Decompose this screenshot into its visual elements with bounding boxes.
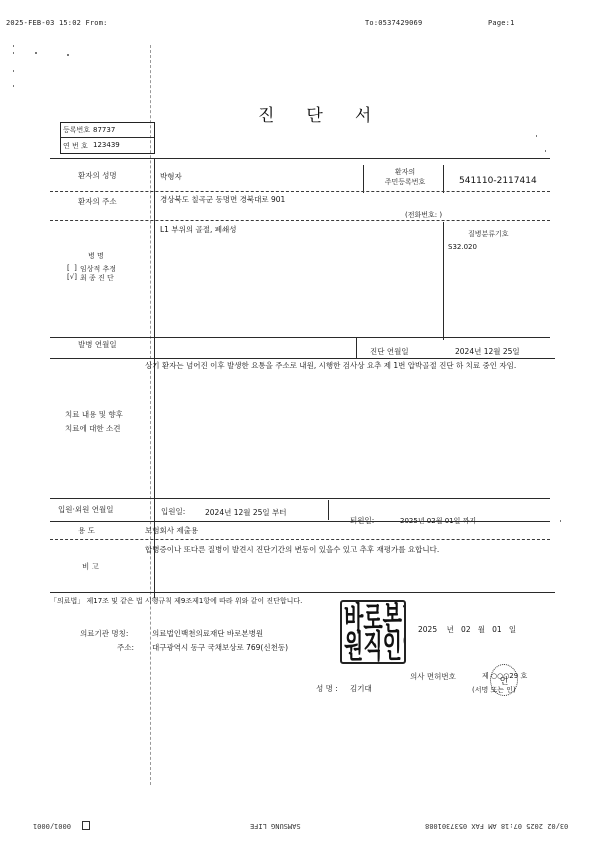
fax-page-icon [82,821,90,830]
rrn-divider-left [363,165,364,193]
stamp-char: 인 [383,624,402,664]
patient-name-label: 환자의 성명 [78,170,117,181]
scan-noise [13,52,14,54]
purpose-value: 보험회사 제출용 [145,525,198,536]
treatment-label-line2: 치료에 대한 소견 [65,423,120,434]
row-divider [50,539,550,540]
fax-header-page: Page:1 [488,19,515,27]
row-divider [50,592,555,593]
license-label: 의사 면허번호 [410,671,456,682]
admission-date: 2024년 12월 25일 부터 [205,507,287,518]
seal-text: 인 [500,674,509,687]
row-divider [50,337,550,338]
patient-address-value: 경상북도 칠곡군 동명면 경북대로 901 [160,194,285,205]
diagnosis-date-value: 2024년 12월 25일 [455,346,520,357]
row-divider [50,191,550,192]
row-divider [50,498,550,499]
rrn-label-line1: 환자의 [380,167,430,177]
registration-divider [60,137,154,138]
issue-month: 02 [461,625,471,634]
stamp-char: 인 [402,624,406,664]
fold-line [150,45,151,785]
check-mark-icon: √ [70,273,74,281]
legal-statement: 「의료법」 제17조 및 같은 법 시행규칙 제9조제1항에 따라 위와 같이 … [50,596,302,606]
institution-address-label: 주소: [117,642,134,653]
diagnosis-date-label: 진단 연월일 [370,346,409,357]
reg-no-value: 87737 [93,126,115,134]
provisional-checkbox[interactable]: [ ] [67,264,77,272]
patient-address-label: 환자의 주소 [78,196,117,207]
fax-footer-sender: SAMSUNG LIFE [250,822,301,830]
date-divider [356,337,357,359]
row-divider [50,220,550,221]
fax-header-datetime: 2025-FEB-03 15:02 From: [6,19,108,27]
fax-header-to: To:0537429069 [365,19,422,27]
admission-label: 입원일: [161,506,185,517]
rrn-label-line2: 주민등록번호 [370,177,440,187]
serial-no-label: 연 번 호 [63,141,88,151]
rrn-divider-right [443,165,444,193]
row-divider [50,158,550,159]
hospitalization-divider [328,500,329,520]
scan-noise [560,520,561,522]
remarks-value: 합병증이나 또다른 질병이 발견시 진단기간의 변동이 있을수 있고 추후 재평… [145,545,565,555]
code-column-divider [443,222,444,340]
row-divider [50,521,550,522]
issue-year: 2025 [418,625,437,634]
patient-phone: (전화번호: ) [405,210,442,220]
scan-noise [545,150,546,152]
institution-name-label: 의료기관 명칭: [80,628,128,639]
disease-name: L1 부위의 골절, 폐쇄성 [160,224,236,235]
onset-date-label: 발병 연월일 [78,339,117,350]
final-checkbox[interactable]: [√] [67,273,77,281]
doctor-name: 김기대 [350,683,372,694]
row-divider [50,358,555,359]
scan-noise [35,52,37,54]
disease-code-value: S32.020 [448,243,477,251]
hospitalization-label: 입원·외원 연월일 [58,504,113,515]
institution-address: 대구광역시 동구 국채보상로 769(신천동) [152,642,288,653]
hospital-stamp: 바 로 본 병 원 직 인 인 [340,600,406,664]
reg-no-label: 등록번호 [63,125,90,135]
doctor-seal: 인 [490,664,518,696]
remarks-label: 비 고 [82,561,99,572]
document-title: 진단서 [258,101,403,126]
treatment-label-line1: 치료 내용 및 향후 [65,409,123,420]
issue-day-unit: 일 [509,625,516,634]
disease-code-label: 질병분류기호 [468,229,509,239]
scan-noise [13,85,14,87]
issue-month-unit: 월 [478,625,485,634]
stamp-char: 직 [363,624,382,664]
issue-year-unit: 년 [447,625,454,634]
rrn-value: 541110-2117414 [459,176,537,186]
serial-no-value: 123439 [93,141,120,149]
final-label: 최 종 진 단 [80,273,114,283]
doctor-name-label: 성 명 : [316,683,338,694]
issue-date: 2025 년 02 월 01 일 [418,624,516,635]
scan-noise [536,135,537,137]
fax-footer-transmission: 03/02 2025 07:18 AM FAX 0537301088 [425,822,568,830]
treatment-opinion: 상기 환자는 넘어진 이후 발생한 요통을 주소로 내원, 시행한 검사상 요추… [145,361,565,371]
issue-day: 01 [492,625,502,634]
scan-noise [13,70,14,72]
patient-name-value: 박형자 [160,171,182,182]
scan-noise [67,54,69,56]
scan-noise [13,45,14,47]
institution-name: 의료법인백천의료재단 바로본병원 [152,628,263,639]
purpose-label: 용 도 [78,525,95,536]
stamp-char: 원 [344,624,363,664]
fax-footer-page-count: 0001/0001 [33,822,71,830]
diagnosis-section-label: 병 명 [88,251,104,261]
